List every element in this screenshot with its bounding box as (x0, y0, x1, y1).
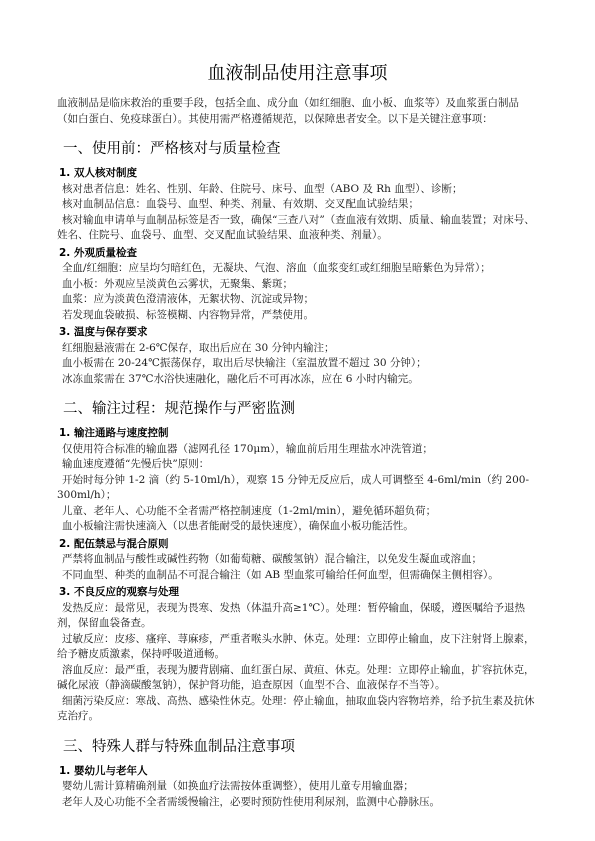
subsection-heading-2-2: 2. 配伍禁忌与混合原则 (57, 537, 538, 553)
page-title: 血液制品使用注意事项 (57, 62, 538, 86)
subsection-heading-1-2: 2. 外观质量检查 (57, 246, 538, 262)
body-paragraph: 红细胞悬液需在 2-6℃保存，取出后应在 30 分钟内输注； (57, 341, 538, 357)
body-paragraph: 若发现血袋破损、标签模糊、内容物异常，严禁使用。 (57, 308, 538, 324)
body-paragraph: 输血速度遵循“先慢后快”原则： (57, 457, 538, 473)
body-paragraph: 开始时每分钟 1-2 滴（约 5-10ml/h），观察 15 分钟无反应后，成人… (57, 473, 538, 504)
section-heading-1: 一、使用前：严格核对与质量检查 (57, 139, 538, 159)
body-paragraph: 细菌污染反应：寒战、高热、感染性休克。处理：停止输血，抽取血袋内容物培养，给予抗… (57, 694, 538, 725)
body-paragraph: 发热反应：最常见，表现为畏寒、发热（体温升高≥1℃）。处理：暂停输血，保暖，遵医… (57, 601, 538, 632)
body-paragraph: 核对输血申请单与血制品标签是否一致，确保“三查八对”（查血液有效期、质量、输血装… (57, 213, 538, 244)
body-paragraph: 婴幼儿需计算精确剂量（如换血疗法需按体重调整），使用儿童专用输血器； (57, 779, 538, 795)
body-paragraph: 冰冻血浆需在 37℃水浴快速融化，融化后不可再冰冻，应在 6 小时内输完。 (57, 372, 538, 388)
section-heading-2: 二、输注过程：规范操作与严密监测 (57, 399, 538, 419)
body-paragraph: 血浆：应为淡黄色澄清液体，无絮状物、沉淀或异物； (57, 292, 538, 308)
body-paragraph: 血小板需在 20-24℃振荡保存，取出后尽快输注（室温放置不超过 30 分钟）； (57, 356, 538, 372)
body-paragraph: 核对患者信息：姓名、性别、年龄、住院号、床号、血型（ABO 及 Rh 血型）、诊… (57, 182, 538, 198)
body-paragraph: 过敏反应：皮疹、瘙痒、荨麻疹，严重者喉头水肿、休克。处理：立即停止输血，皮下注射… (57, 632, 538, 663)
subsection-heading-1-1: 1. 双人核对制度 (57, 166, 538, 182)
body-paragraph: 溶血反应：最严重，表现为腰背剧痛、血红蛋白尿、黄疸、休克。处理：立即停止输血，扩… (57, 663, 538, 694)
body-paragraph: 儿童、老年人、心功能不全者需严格控制速度（1-2ml/min），避免循环超负荷； (57, 504, 538, 520)
body-paragraph: 不同血型、种类的血制品不可混合输注（如 AB 型血浆可输给任何血型，但需确保主侧… (57, 568, 538, 584)
subsection-heading-2-1: 1. 输注通路与速度控制 (57, 426, 538, 442)
document-page: 血液制品使用注意事项 血液制品是临床救治的重要手段，包括全血、成分血（如红细胞、… (0, 0, 595, 841)
intro-paragraph: 血液制品是临床救治的重要手段，包括全血、成分血（如红细胞、血小板、血浆等）及血浆… (57, 96, 538, 127)
subsection-heading-2-3: 3. 不良反应的观察与处理 (57, 585, 538, 601)
section-heading-3: 三、特殊人群与特殊血制品注意事项 (57, 737, 538, 757)
body-paragraph: 严禁将血制品与酸性或碱性药物（如葡萄糖、碳酸氢钠）混合输注，以免发生凝血或溶血； (57, 552, 538, 568)
body-paragraph: 血小板：外观应呈淡黄色云雾状，无聚集、紫斑； (57, 277, 538, 293)
subsection-heading-1-3: 3. 温度与保存要求 (57, 325, 538, 341)
body-paragraph: 全血/红细胞：应呈均匀暗红色，无凝块、气泡、溶血（血浆变红或红细胞呈暗紫色为异常… (57, 261, 538, 277)
body-paragraph: 血小板输注需快速滴入（以患者能耐受的最快速度），确保血小板功能活性。 (57, 519, 538, 535)
subsection-heading-3-1: 1. 婴幼儿与老年人 (57, 764, 538, 780)
body-paragraph: 老年人及心功能不全者需缓慢输注，必要时预防性使用利尿剂，监测中心静脉压。 (57, 795, 538, 811)
body-paragraph: 仅使用符合标准的输血器（滤网孔径 170μm），输血前后用生理盐水冲洗管道； (57, 442, 538, 458)
body-paragraph: 核对血制品信息：血袋号、血型、种类、剂量、有效期、交叉配血试验结果； (57, 197, 538, 213)
